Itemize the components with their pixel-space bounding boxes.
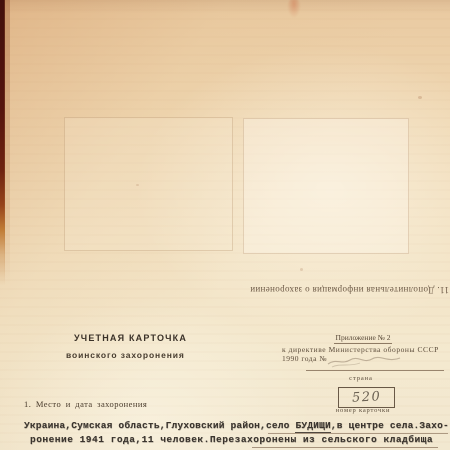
section-1-heading: 1. Место и дата захоронения xyxy=(24,399,147,409)
annex-underline-rule xyxy=(306,370,444,371)
form-ruling-line-1 xyxy=(268,433,448,434)
paper-speck xyxy=(300,268,303,271)
card-number-label: номер карточки xyxy=(300,407,426,414)
book-binding-shadow xyxy=(4,0,10,300)
photo-outline-right xyxy=(243,118,409,254)
typed-location-part-2: ,в центре села.Захо- xyxy=(331,420,449,431)
ink-smudge xyxy=(287,0,301,18)
annex-year-line: 1990 года № xyxy=(282,354,327,363)
typed-location-line-1: Украина,Сумская область,Глуховский район… xyxy=(24,420,449,431)
upside-down-section-11-note: 11. Дополнительная информация о захороне… xyxy=(252,283,449,296)
pencil-scribble xyxy=(326,354,404,370)
typed-village-name: БУДИЩИ xyxy=(295,420,330,433)
card-title: УЧЕТНАЯ КАРТОЧКА xyxy=(74,333,187,343)
card-number-value: 520 xyxy=(351,389,381,406)
annex-directive-line: к директиве Министерства обороны СССР xyxy=(282,345,439,354)
paper-speck xyxy=(418,96,422,99)
typed-location-part-1: Украина,Сумская область,Глуховский район… xyxy=(24,420,295,431)
card-number-box: 520 xyxy=(338,387,395,408)
scanned-burial-card: 11. Дополнительная информация о захороне… xyxy=(0,0,450,450)
typed-location-line-2: ронение 1941 года,11 человек.Перезахорон… xyxy=(30,434,433,445)
form-ruling-line-2 xyxy=(252,447,438,448)
annex-heading-text: Приложение № 2 xyxy=(334,333,393,344)
country-field-label: страна xyxy=(300,375,422,382)
card-subtitle: воинского захоронения xyxy=(66,350,185,360)
photo-outline-left xyxy=(64,117,233,251)
annex-heading: Приложение № 2 xyxy=(283,333,443,342)
paper-speck xyxy=(136,184,139,186)
